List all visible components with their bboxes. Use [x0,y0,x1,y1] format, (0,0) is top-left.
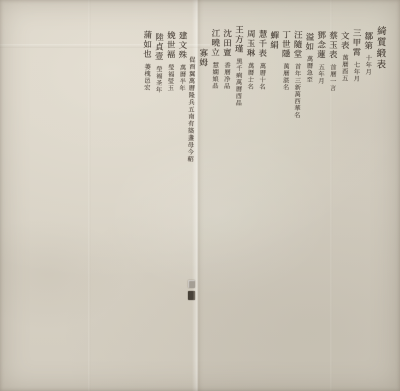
column-main-text: 陸貞壹 [153,33,164,62]
manuscript-photo: 綺質緞表 鄒第十年月三甲霄七年月文表萬曆酉五蔡玉表首曆一言鄧念蓮五年月溢如萬曆急… [0,0,400,391]
column-sub-text: 萬曆湛名 [281,62,289,90]
column-main-text: 周玉琳 [245,29,256,58]
text-column: 溢如萬曆急至 [301,32,313,174]
column-sub-text: 萬曆十名 [258,62,266,90]
column-main-text: 寡姆 [198,48,208,67]
text-column: 周玉琳萬曆士名 [242,29,255,173]
column-main-text: 建文殊 [177,31,188,60]
text-column: 蟬絹 [265,31,278,174]
column-main-text: 蔡玉表 [327,31,338,60]
column-sub-text: 瑩褔瑩玉 [166,63,174,91]
column-main-text: 汪隨堂 [292,30,303,59]
column-sub-text: 香曆净品 [223,61,231,89]
column-sub-text: 首曆一言 [329,63,337,91]
column-sub-text: 慧嫻娘品 [211,61,219,89]
column-sub-text: 七年月 [352,61,359,82]
text-column: 三甲霄七年月 [348,28,361,175]
column-main-text: 慧千表 [257,30,268,59]
text-column: 寡姆 [195,48,207,172]
column-sub-text: 首年三新萬西華名 [293,63,301,118]
text-column: 江曉立慧嫻娘品 [207,29,220,173]
column-main-text: 三甲霄 [351,28,362,57]
text-column: 陸貞壹塋褔圣年 [150,33,162,172]
text-column: 鄧念蓮五年月 [312,31,325,175]
column-sub-text: 萬曆士名 [246,62,254,90]
text-column: 鄒第十年月 [359,32,372,176]
text-column: 丁世隱萬曆湛名 [277,30,290,174]
column-sub-text: 五年月 [317,63,324,84]
text-column: 慧千表萬曆十名 [254,29,267,173]
column-main-text: 蟬絹 [268,31,278,50]
text-column: 蒲如也萋槐邑宏 [138,30,150,171]
text-column: 娩世褔瑩褔瑩玉 [162,31,174,172]
text-column: 沈田亶香曆净品 [218,29,231,173]
column-main-text: 沈田亶 [221,29,232,58]
column-main-text: 蒲如也 [141,30,152,59]
column-sub-text: 萬曆酉五 [340,54,348,82]
text-column: 文表萬曆酉五 [336,31,349,175]
column-sub-text: 黑千痢萬曆酉品 [234,58,242,106]
column-main-text: 娩世褔 [165,31,176,60]
text-column: 蔡玉表首曆一言 [324,31,337,175]
paper-streak [88,0,91,391]
seal-mark-lower [188,291,195,300]
calligraphy-block: 綺質緞表 鄒第十年月三甲霄七年月文表萬曆酉五蔡玉表首曆一言鄧念蓮五年月溢如萬曆急… [122,21,387,176]
column-main-text: 鄧念蓮 [315,31,326,60]
column-sub-text: 塋褔圣年 [155,65,163,93]
column-sub-text: 萋槐邑宏 [143,63,151,91]
column-main-text: 文表 [339,31,349,50]
column-main-text: 溢如 [304,32,314,51]
column-sub-text: 萬曆半年 [178,64,186,92]
column-main-text: 鄒第 [363,32,373,51]
document-title: 綺質緞表 [371,26,385,176]
column-main-text: 江曉立 [209,29,220,58]
column-sub-text: 萬曆急至 [305,55,313,83]
text-column: 汪隨堂首年三新萬西華名 [289,30,302,174]
column-main-text: 王方瑾 [233,25,244,54]
annotation-column: 促酉翼萬曆隆兵五南有築盞母今軺 [186,56,195,172]
seal-mark-upper [188,280,195,288]
column-sub-text: 十年月 [364,55,371,76]
text-column: 建文殊萬曆半年 [174,31,186,172]
text-column: 王方瑾黑千痢萬曆酉品 [230,25,243,173]
column-main-text: 丁世隱 [280,30,291,59]
